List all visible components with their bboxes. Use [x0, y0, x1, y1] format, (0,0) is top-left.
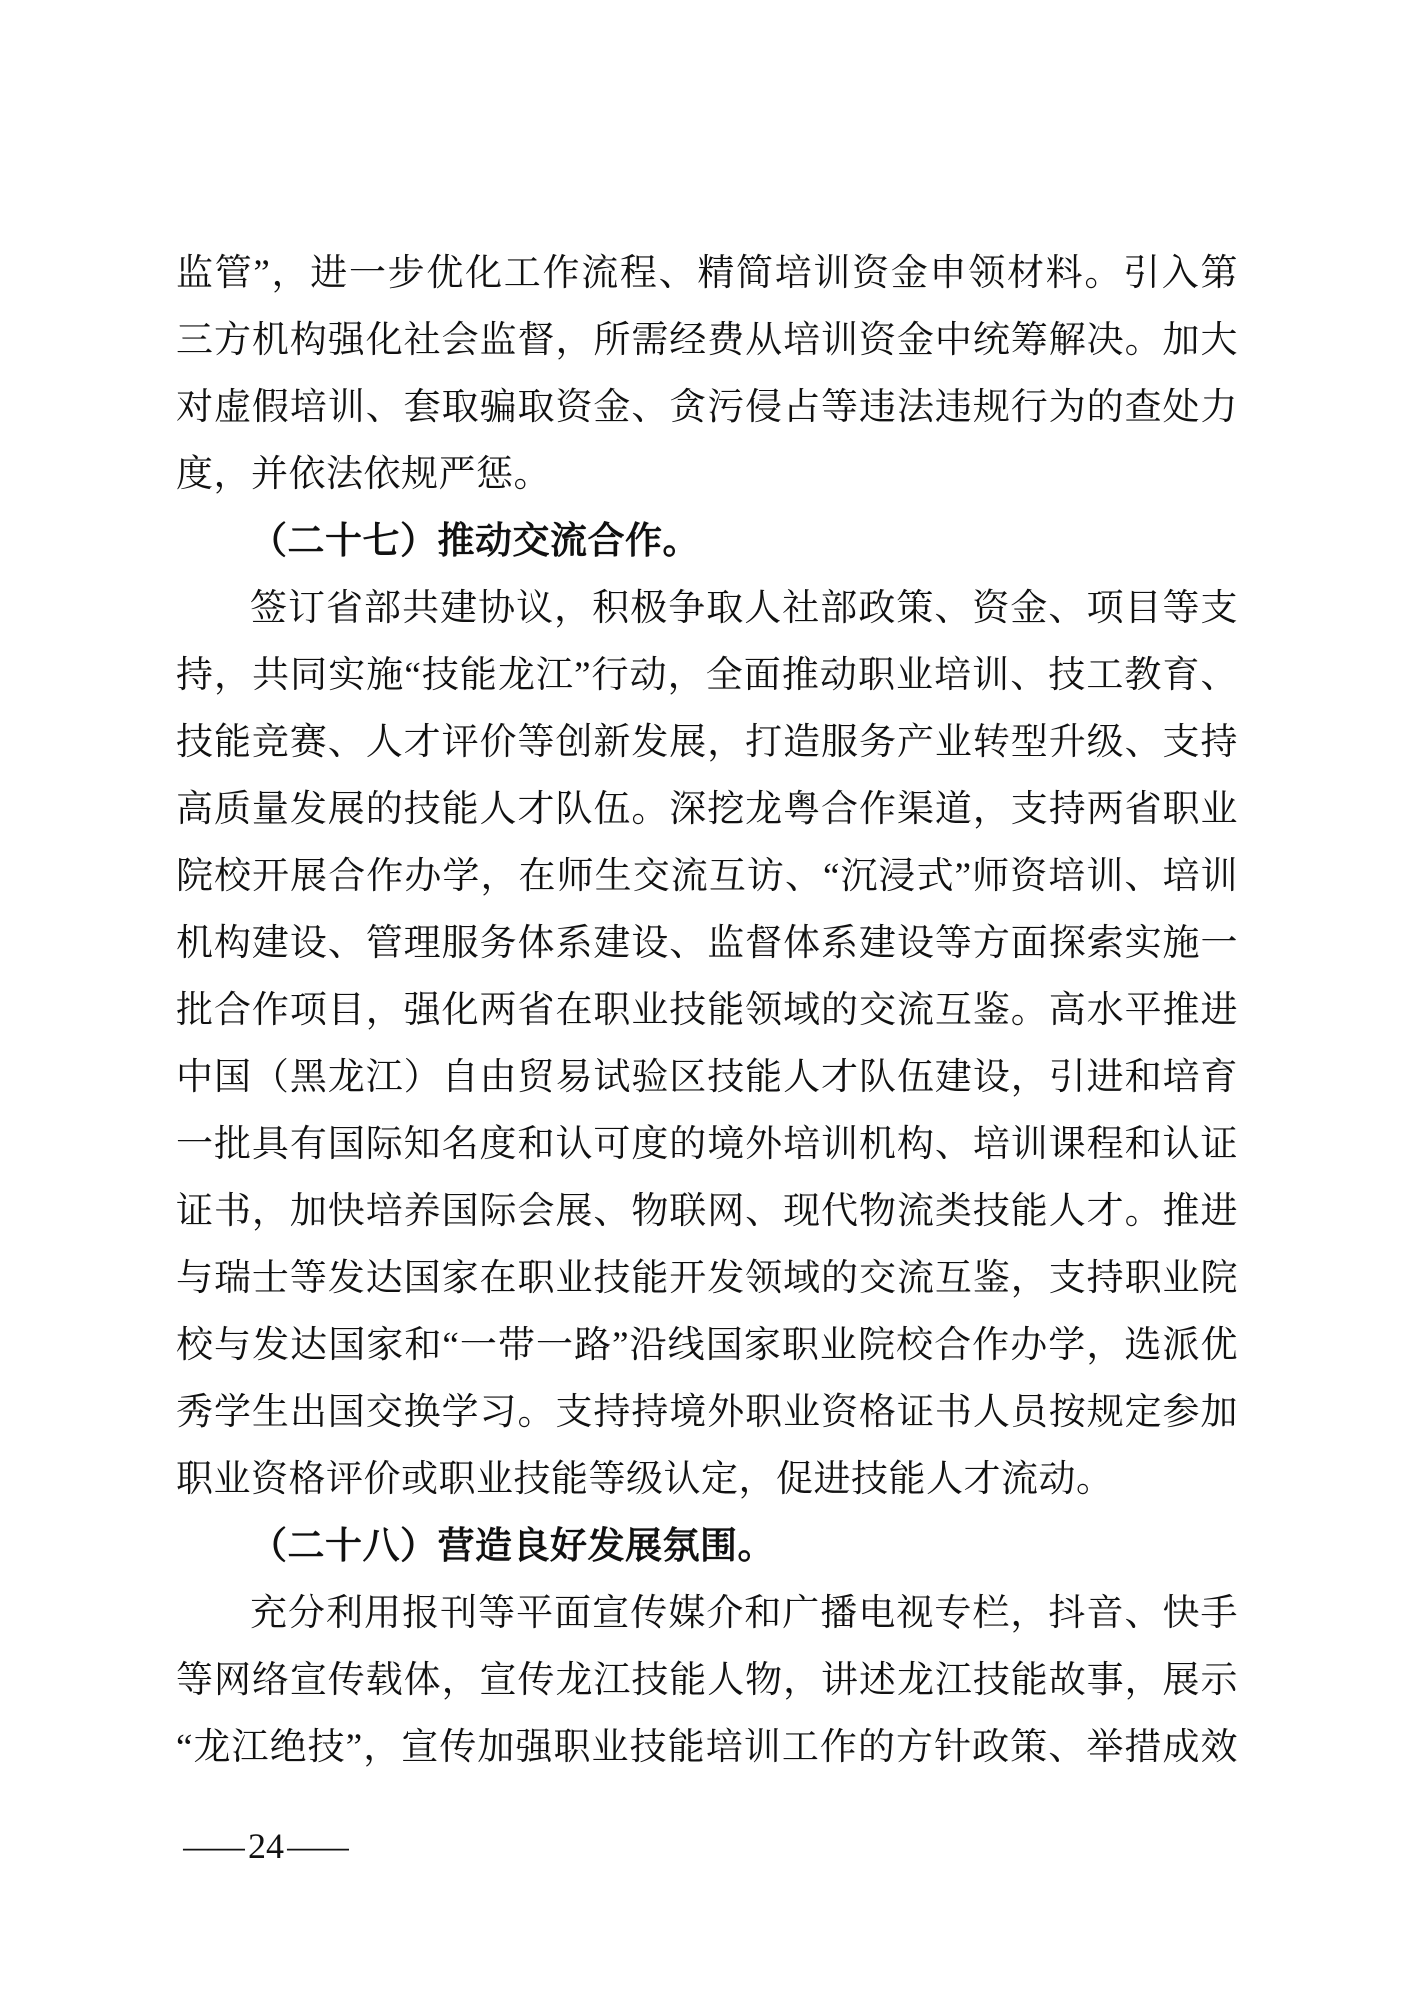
section-heading: （二十七）推动交流合作。 [176, 508, 1238, 575]
paragraph-line: 中国（黑龙江）自由贸易试验区技能人才队伍建设，引进和培育 [176, 1044, 1238, 1111]
paragraph-line: 度，并依法依规严惩。 [176, 441, 1238, 508]
page-number: 24 [248, 1822, 284, 1870]
paragraph-line: 证书，加快培养国际会展、物联网、现代物流类技能人才。推进 [176, 1178, 1238, 1245]
paragraph-line: “龙江绝技”，宣传加强职业技能培训工作的方针政策、举措成效 [176, 1714, 1238, 1781]
paragraph-line: 批合作项目，强化两省在职业技能领域的交流互鉴。高水平推进 [176, 977, 1238, 1044]
text-block: 监管”，进一步优化工作流程、精简培训资金申领材料。引入第 三方机构强化社会监督，… [176, 240, 1238, 1781]
paragraph-line: 秀学生出国交换学习。支持持境外职业资格证书人员按规定参加 [176, 1379, 1238, 1446]
paragraph-line: 技能竞赛、人才评价等创新发展，打造服务产业转型升级、支持 [176, 709, 1238, 776]
paragraph-line: 与瑞士等发达国家在职业技能开发领域的交流互鉴，支持职业院 [176, 1245, 1238, 1312]
document-page: 监管”，进一步优化工作流程、精简培训资金申领材料。引入第 三方机构强化社会监督，… [0, 0, 1411, 1995]
paragraph-line: 对虚假培训、套取骗取资金、贪污侵占等违法违规行为的查处力 [176, 374, 1238, 441]
section-heading: （二十八）营造良好发展氛围。 [176, 1513, 1238, 1580]
paragraph-line: 等网络宣传载体，宣传龙江技能人物，讲述龙江技能故事，展示 [176, 1647, 1238, 1714]
paragraph-line: 一批具有国际知名度和认可度的境外培训机构、培训课程和认证 [176, 1111, 1238, 1178]
page-footer: —24— [180, 1822, 352, 1870]
paragraph-line: 机构建设、管理服务体系建设、监督体系建设等方面探索实施一 [176, 910, 1238, 977]
paragraph-line: 三方机构强化社会监督，所需经费从培训资金中统筹解决。加大 [176, 307, 1238, 374]
paragraph-line: 签订省部共建协议，积极争取人社部政策、资金、项目等支 [176, 575, 1238, 642]
paragraph-line: 充分利用报刊等平面宣传媒介和广播电视专栏，抖音、快手 [176, 1580, 1238, 1647]
paragraph-line: 院校开展合作办学，在师生交流互访、“沉浸式”师资培训、培训 [176, 843, 1238, 910]
paragraph-line: 持，共同实施“技能龙江”行动，全面推动职业培训、技工教育、 [176, 642, 1238, 709]
paragraph-line: 监管”，进一步优化工作流程、精简培训资金申领材料。引入第 [176, 240, 1238, 307]
footer-dash-left: — [183, 1822, 244, 1870]
footer-dash-right: — [287, 1822, 348, 1870]
paragraph-line: 职业资格评价或职业技能等级认定，促进技能人才流动。 [176, 1446, 1238, 1513]
paragraph-line: 校与发达国家和“一带一路”沿线国家职业院校合作办学，选派优 [176, 1312, 1238, 1379]
paragraph-line: 高质量发展的技能人才队伍。深挖龙粤合作渠道，支持两省职业 [176, 776, 1238, 843]
